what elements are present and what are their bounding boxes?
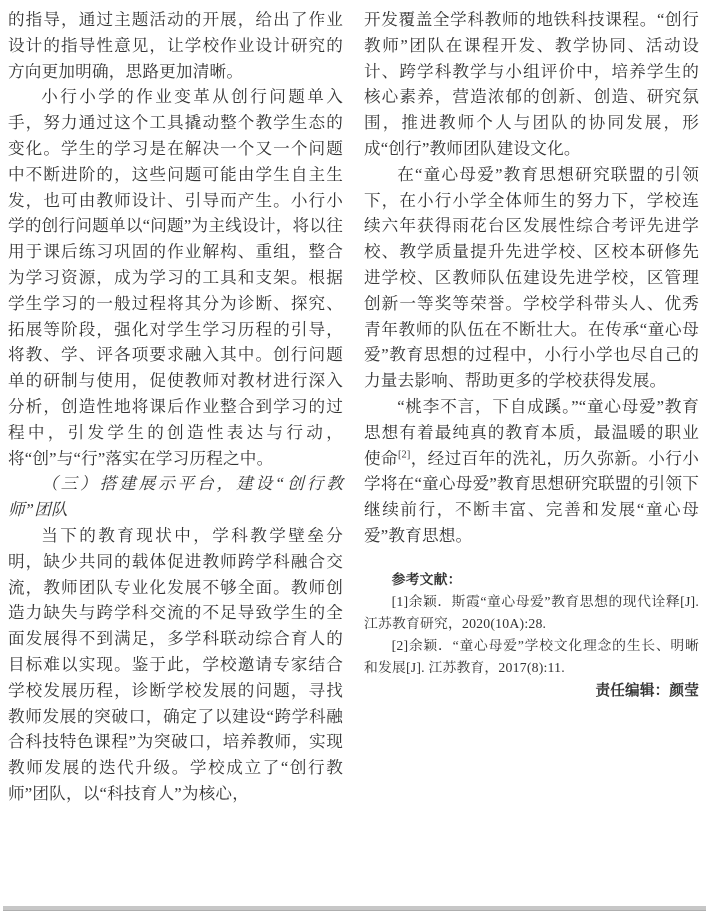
paragraph: 的指导，通过主题活动的开展，给出了作业设计的指导性意见，让学校作业设计研究的方向… — [8, 7, 343, 84]
references-section: 参考文献： [1]余颖．斯霞“童心母爱”教育思想的现代诠释[J]. 江苏教育研究… — [364, 569, 699, 703]
editor-credit: 责任编辑：颜莹 — [364, 679, 699, 703]
paragraph: 开发覆盖全学科教师的地铁科技课程。“创行教师”团队在课程开发、教学协同、活动设计… — [364, 7, 699, 162]
section-heading: （三）搭建展示平台，建设“创行教师”团队 — [8, 471, 343, 523]
page-bottom-divider — [3, 906, 706, 911]
paragraph: “桃李不言，下自成蹊。”“童心母爱”教育思想有着最纯真的教育本质，最温暖的职业使… — [364, 394, 699, 549]
paragraph: 在“童心母爱”教育思想研究联盟的引领下，在小行小学全体师生的努力下，学校连续六年… — [364, 162, 699, 394]
right-column: 开发覆盖全学科教师的地铁科技课程。“创行教师”团队在课程开发、教学协同、活动设计… — [364, 7, 699, 807]
left-column: 的指导，通过主题活动的开展，给出了作业设计的指导性意见，让学校作业设计研究的方向… — [8, 7, 343, 807]
article-page: 的指导，通过主题活动的开展，给出了作业设计的指导性意见，让学校作业设计研究的方向… — [0, 0, 706, 807]
reference-item: [2]余颖．“童心母爱”学校文化理念的生长、明晰和发展[J]. 江苏教育，201… — [364, 635, 699, 679]
paragraph-text: ，经过百年的洗礼，历久弥新。小行小学将在“童心母爱”教育思想研究联盟的引领下继续… — [364, 449, 699, 545]
citation-superscript: [2] — [398, 449, 411, 460]
paragraph: 当下的教育现状中，学科教学壁垒分明，缺少共同的载体促进教师跨学科融合交流，教师团… — [8, 523, 343, 807]
reference-item: [1]余颖．斯霞“童心母爱”教育思想的现代诠释[J]. 江苏教育研究，2020(… — [364, 591, 699, 635]
references-heading: 参考文献： — [364, 569, 699, 591]
paragraph: 小行小学的作业变革从创行问题单入手，努力通过这个工具撬动整个教学生态的变化。学生… — [8, 84, 343, 471]
